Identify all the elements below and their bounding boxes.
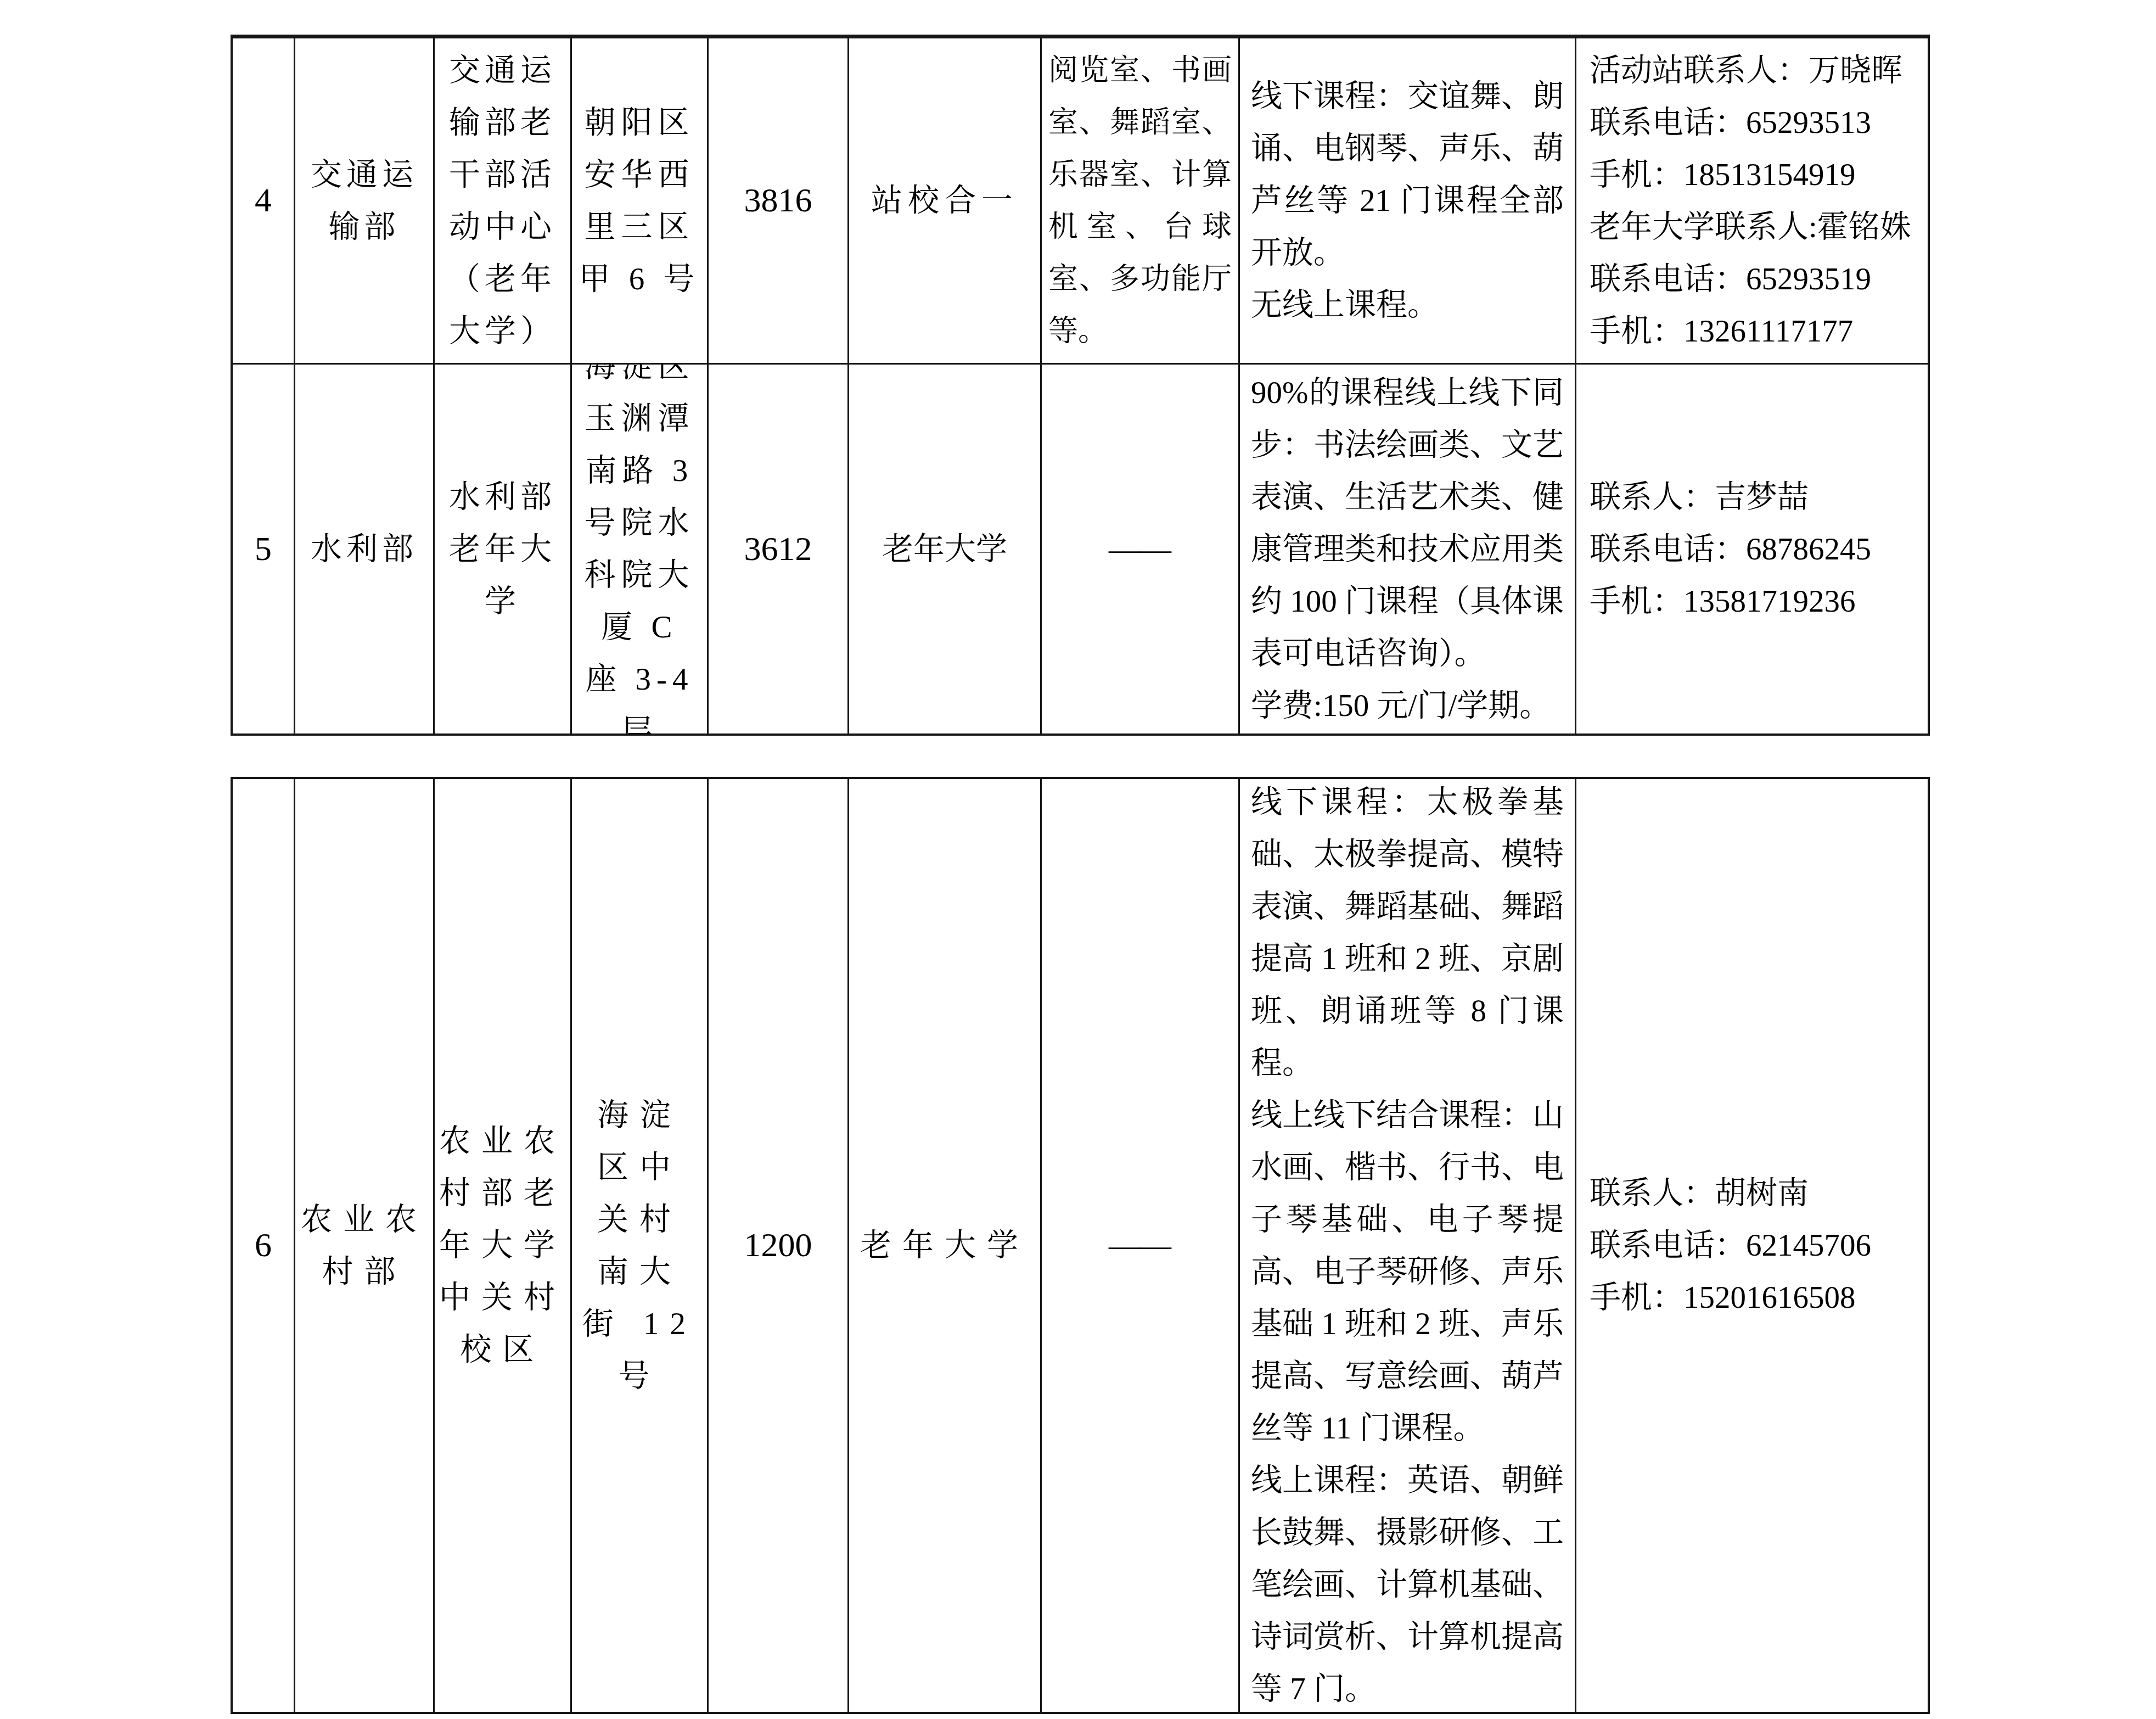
contact-text: 联系人：吉梦喆 联系电话：68786245 手机：13581719236 bbox=[1576, 471, 1928, 628]
student-count: 3816 bbox=[744, 175, 812, 227]
institution-address: 海淀区中关村南大街 12 号 bbox=[572, 1089, 707, 1402]
ministry-name: 交通运输部 bbox=[295, 149, 433, 253]
cell-row4-address: 朝阳区安华西里三区甲 6 号 bbox=[572, 38, 709, 365]
table-row-6: 6 农业农村部 农业农村部老年大学中关村校区 海淀区中关村南大街 12 号 12… bbox=[231, 777, 1930, 1714]
cell-row5-facilities: —— bbox=[1042, 365, 1240, 733]
cell-row6-no: 6 bbox=[233, 779, 295, 1712]
contact-text: 活动站联系人：万晓晖 联系电话：65293513 手机：18513154919 … bbox=[1576, 44, 1928, 357]
cell-row6-students: 1200 bbox=[709, 779, 849, 1712]
row-number: 6 bbox=[255, 1219, 272, 1272]
cell-row6-name: 农业农村部老年大学中关村校区 bbox=[435, 779, 572, 1712]
row-number: 5 bbox=[255, 523, 272, 575]
em-dash-placeholder: —— bbox=[1109, 1219, 1171, 1272]
facilities-text: 阅览室、书画室、舞蹈室、乐器室、计算机室、台球室、多功能厅等。 bbox=[1042, 44, 1238, 357]
cell-row5-courses: 90%的课程线上线下同步：书法绘画类、文艺表演、生活艺术类、健康管理类和技术应用… bbox=[1240, 365, 1576, 733]
cell-row5-name: 水利部老年大学 bbox=[435, 365, 572, 733]
cell-row4-courses: 线下课程：交谊舞、朗诵、电钢琴、声乐、葫芦丝等 21 门课程全部开放。 无线上课… bbox=[1240, 38, 1576, 365]
institution-name: 交通运输部老干部活动中心（老年大学） bbox=[435, 44, 570, 357]
institution-address: 朝阳区安华西里三区甲 6 号 bbox=[572, 97, 707, 305]
cell-row6-facilities: —— bbox=[1042, 779, 1240, 1712]
institution-type: 老年大学 bbox=[878, 523, 1012, 575]
contact-text: 联系人：胡树南 联系电话：62145706 手机：15201616508 bbox=[1576, 1167, 1928, 1324]
student-count: 3612 bbox=[744, 523, 812, 575]
cell-row6-type: 老年大学 bbox=[849, 779, 1042, 1712]
institution-address: 海淀区玉渊潭南路 3 号院水科院大厦 C 座 3-4 层 bbox=[572, 365, 707, 733]
cell-row5-students: 3612 bbox=[709, 365, 849, 733]
cell-row5-no: 5 bbox=[233, 365, 295, 733]
student-count: 1200 bbox=[744, 1219, 812, 1272]
cell-row4-facilities: 阅览室、书画室、舞蹈室、乐器室、计算机室、台球室、多功能厅等。 bbox=[1042, 38, 1240, 365]
courses-text: 线下课程：太极拳基础、太极拳提高、模特表演、舞蹈基础、舞蹈提高 1 班和 2 班… bbox=[1240, 779, 1575, 1712]
cell-row4-type: 站校合一 bbox=[849, 38, 1042, 365]
cell-row6-courses: 线下课程：太极拳基础、太极拳提高、模特表演、舞蹈基础、舞蹈提高 1 班和 2 班… bbox=[1240, 779, 1576, 1712]
cell-row5-contact: 联系人：吉梦喆 联系电话：68786245 手机：13581719236 bbox=[1576, 365, 1928, 733]
institution-name: 水利部老年大学 bbox=[435, 471, 570, 628]
row-number: 4 bbox=[255, 175, 272, 227]
courses-text: 线下课程：交谊舞、朗诵、电钢琴、声乐、葫芦丝等 21 门课程全部开放。 无线上课… bbox=[1240, 70, 1575, 331]
institution-name: 农业农村部老年大学中关村校区 bbox=[435, 1115, 570, 1376]
cell-row6-address: 海淀区中关村南大街 12 号 bbox=[572, 779, 709, 1712]
cell-row5-ministry: 水利部 bbox=[295, 365, 435, 733]
cell-row6-ministry: 农业农村部 bbox=[295, 779, 435, 1712]
ministry-name: 水利部 bbox=[306, 523, 422, 575]
em-dash-placeholder: —— bbox=[1109, 523, 1171, 575]
cell-row5-type: 老年大学 bbox=[849, 365, 1042, 733]
cell-row4-students: 3816 bbox=[709, 38, 849, 365]
cell-row5-address: 海淀区玉渊潭南路 3 号院水科院大厦 C 座 3-4 层 bbox=[572, 365, 709, 733]
cell-row6-contact: 联系人：胡树南 联系电话：62145706 手机：15201616508 bbox=[1576, 779, 1928, 1712]
cell-row4-contact: 活动站联系人：万晓晖 联系电话：65293513 手机：18513154919 … bbox=[1576, 38, 1928, 365]
document-page: { "page": { "background": "#ffffff", "li… bbox=[0, 0, 2156, 1719]
table-rows-4-5: 4 交通运输部 交通运输部老干部活动中心（老年大学） 朝阳区安华西里三区甲 6 … bbox=[231, 35, 1930, 736]
ministry-name: 农业农村部 bbox=[295, 1194, 433, 1298]
cell-row4-no: 4 bbox=[233, 38, 295, 365]
cell-row4-name: 交通运输部老干部活动中心（老年大学） bbox=[435, 38, 572, 365]
cell-row4-ministry: 交通运输部 bbox=[295, 38, 435, 365]
courses-text: 90%的课程线上线下同步：书法绘画类、文艺表演、生活艺术类、健康管理类和技术应用… bbox=[1240, 367, 1575, 732]
institution-type: 站校合一 bbox=[867, 175, 1023, 227]
institution-type: 老年大学 bbox=[856, 1219, 1034, 1272]
